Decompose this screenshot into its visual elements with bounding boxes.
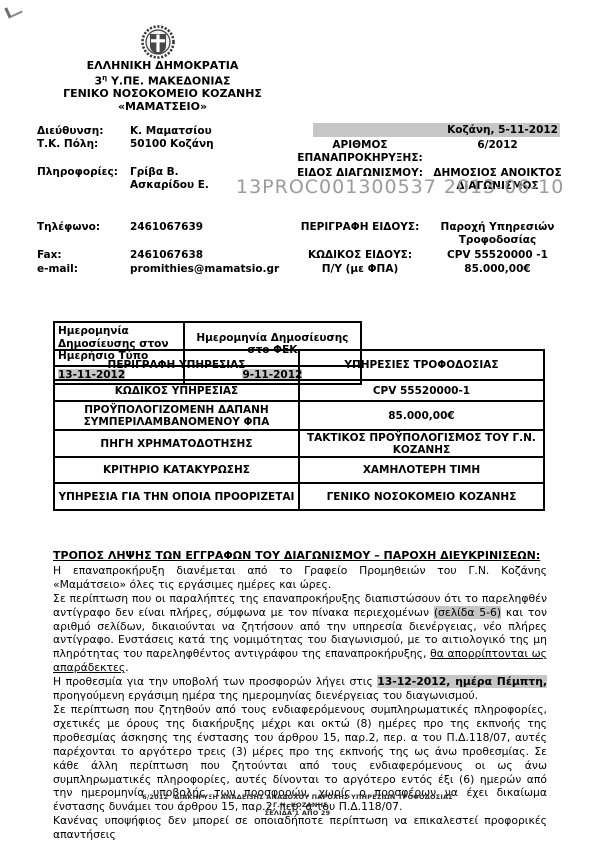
email-label: e-mail: [37, 263, 129, 275]
tender-number-value: 6/2012 [425, 139, 570, 152]
paragraph-deadline: Η προθεσμία για την υποβολή των προσφορώ… [53, 675, 547, 703]
budget-label: Π/Υ (με ΦΠΑ) [290, 263, 430, 276]
table-row: ΠΗΓΗ ΧΡΗΜΑΤΟΔΟΤΗΣΗΣ ΤΑΚΤΙΚΟΣ ΠΡΟΫΠΟΛΟΓΙΣ… [54, 430, 544, 457]
service-budget-label: ΠΡΟΫΠΟΛΟΓΙΖΟΜΕΝΗ ΔΑΠΑΝΗ ΣΥΜΠΕΡΙΛΑΜΒΑΝΟΜΕ… [54, 401, 299, 430]
item-description-label: ΠΕΡΙΓΡΑΦΗ ΕΙΔΟΥΣ: [290, 221, 430, 234]
footer-title-line: 6/2012ΔΙΑΚΗΡΥΞΗ ΑΝΑΔΕΙΞΗΣ ΑΝΑΔΟΧΟΥ ΠΑΡΟΧ… [0, 793, 595, 801]
service-desc-value: ΥΠΗΡΕΣΙΕΣ ΤΡΟΦΟΔΟΣΙΑΣ [299, 350, 544, 380]
table-row: ΚΩΔΙΚΟΣ ΥΠΗΡΕΣΙΑΣ CPV 55520000-1 [54, 380, 544, 401]
org-region: 3η Υ.ΠΕ. ΜΑΚΕΔΟΝΙΑΣ [40, 72, 285, 88]
item-code-label: ΚΩΔΙΚΟΣ ΕΙΔΟΥΣ: [290, 249, 430, 262]
footer-ref: 6/2012 [142, 793, 168, 801]
deadline-highlight: 13-12-2012, ημέρα Πέμπτη, [377, 675, 547, 688]
paragraph-no-oral: Κανένας υποψήφιος δεν μπορεί σε οποιαδήπ… [53, 814, 547, 842]
tender-number-label: ΑΡΙΘΜΟΣ ΕΠΑΝΑΠΡΟΚΗΡΥΞΗΣ: [290, 139, 430, 164]
document-page: ΕΛΛΗΝΙΚΗ ΔΗΜΟΚΡΑΤΙΑ 3η Υ.ΠΕ. ΜΑΚΕΔΟΝΙΑΣ … [0, 0, 595, 842]
email-value: promithies@mamatsio.gr [130, 263, 300, 275]
pages-highlight: (σελίδα 5-6) [434, 606, 501, 619]
table-row: ΠΕΡΙΓΡΑΦΗ ΥΠΗΡΕΣΙΑΣ ΥΠΗΡΕΣΙΕΣ ΤΡΟΦΟΔΟΣΙΑ… [54, 350, 544, 380]
service-budget-value: 85.000,00€ [299, 401, 544, 430]
org-hospital-name: «ΜΑΜΑΤΣΕΙΟ» [40, 101, 285, 113]
fax-value: 2461067638 [130, 249, 300, 261]
service-summary-table: ΠΕΡΙΓΡΑΦΗ ΥΠΗΡΕΣΙΑΣ ΥΠΗΡΕΣΙΕΣ ΤΡΟΦΟΔΟΣΙΑ… [53, 349, 545, 511]
table-row: ΠΡΟΫΠΟΛΟΓΙΖΟΜΕΝΗ ΔΑΠΑΝΗ ΣΥΜΠΕΡΙΛΑΜΒΑΝΟΜΕ… [54, 401, 544, 430]
table-row: ΚΡΙΤΗΡΙΟ ΚΑΤΑΚΥΡΩΣΗΣ ΧΑΜΗΛΟΤΕΡΗ ΤΙΜΗ [54, 457, 544, 483]
item-description-value: Παροχή Υπηρεσιών Τροφοδοσίας [425, 221, 570, 246]
footer-hospital: – Γ.Ν. ΚΟΖΑΝΗΣ [0, 801, 595, 809]
footer-title: ΔΙΑΚΗΡΥΞΗ ΑΝΑΔΕΙΞΗΣ ΑΝΑΔΟΧΟΥ ΠΑΡΟΧΗΣ ΥΠΗ… [174, 793, 453, 801]
service-target-value: ΓΕΝΙΚΟ ΝΟΣΟΚΟΜΕΙΟ ΚΟΖΑΝΗΣ [299, 483, 544, 510]
scan-artifact-mark [4, 2, 22, 18]
org-hospital: ΓΕΝΙΚΟ ΝΟΣΟΚΟΜΕΙΟ ΚΟΖΑΝΗΣ [40, 88, 285, 100]
org-country: ΕΛΛΗΝΙΚΗ ΔΗΜΟΚΡΑΤΙΑ [40, 60, 285, 72]
service-criterion-value: ΧΑΜΗΛΟΤΕΡΗ ΤΙΜΗ [299, 457, 544, 483]
table-row: ΥΠΗΡΕΣΙΑ ΓΙΑ ΤΗΝ ΟΠΟΙΑ ΠΡΟΟΡΙΖΕΤΑΙ ΓΕΝΙΚ… [54, 483, 544, 510]
address-value: Κ. Μαματσίου [130, 125, 300, 137]
zip-city-value: 50100 Κοζάνη [130, 138, 300, 150]
phone-value: 2461067639 [130, 221, 300, 233]
service-desc-label: ΠΕΡΙΓΡΑΦΗ ΥΠΗΡΕΣΙΑΣ [54, 350, 299, 380]
section-heading: ΤΡΟΠΟΣ ΛΗΨΗΣ ΤΩΝ ΕΓΓΡΑΦΩΝ ΤΟΥ ΔΙΑΓΩΝΙΣΜΟ… [53, 549, 547, 563]
service-funding-label: ΠΗΓΗ ΧΡΗΜΑΤΟΔΟΤΗΣΗΣ [54, 430, 299, 457]
zip-city-label: Τ.Κ. Πόλη: [37, 138, 129, 150]
page-footer: 6/2012ΔΙΑΚΗΡΥΞΗ ΑΝΑΔΕΙΞΗΣ ΑΝΑΔΟΧΟΥ ΠΑΡΟΧ… [0, 793, 595, 817]
service-criterion-label: ΚΡΙΤΗΡΙΟ ΚΑΤΑΚΥΡΩΣΗΣ [54, 457, 299, 483]
info-label: Πληροφορίες: [37, 166, 129, 178]
service-code-value: CPV 55520000-1 [299, 380, 544, 401]
service-target-label: ΥΠΗΡΕΣΙΑ ΓΙΑ ΤΗΝ ΟΠΟΙΑ ΠΡΟΟΡΙΖΕΤΑΙ [54, 483, 299, 510]
place-date-bar: Κοζάνη, 5-11-2012 [313, 123, 560, 137]
paragraph-copies: Σε περίπτωση που οι παραλήπτες της επανα… [53, 592, 547, 675]
item-code-value: CPV 55520000 -1 [425, 249, 570, 262]
footer-page-number: ΣΕΛΙΔΑ 1 ΑΠΟ 29 [0, 809, 595, 817]
service-code-label: ΚΩΔΙΚΟΣ ΥΠΗΡΕΣΙΑΣ [54, 380, 299, 401]
fax-label: Fax: [37, 249, 129, 261]
phone-label: Τηλέφωνο: [37, 221, 129, 233]
org-header: ΕΛΛΗΝΙΚΗ ΔΗΜΟΚΡΑΤΙΑ 3η Υ.ΠΕ. ΜΑΚΕΔΟΝΙΑΣ … [40, 60, 285, 113]
registry-watermark: 13PROC001300537 2013-06-10 [236, 176, 576, 198]
budget-value: 85.000,00€ [425, 263, 570, 276]
address-label: Διεύθυνση: [37, 125, 129, 137]
paragraph-distribution: Η επαναπροκήρυξη διανέμεται από το Γραφε… [53, 564, 547, 592]
service-funding-value: ΤΑΚΤΙΚΟΣ ΠΡΟΫΠΟΛΟΓΙΣΜΟΣ ΤΟΥ Γ.Ν. ΚΟΖΑΝΗΣ [299, 430, 544, 457]
